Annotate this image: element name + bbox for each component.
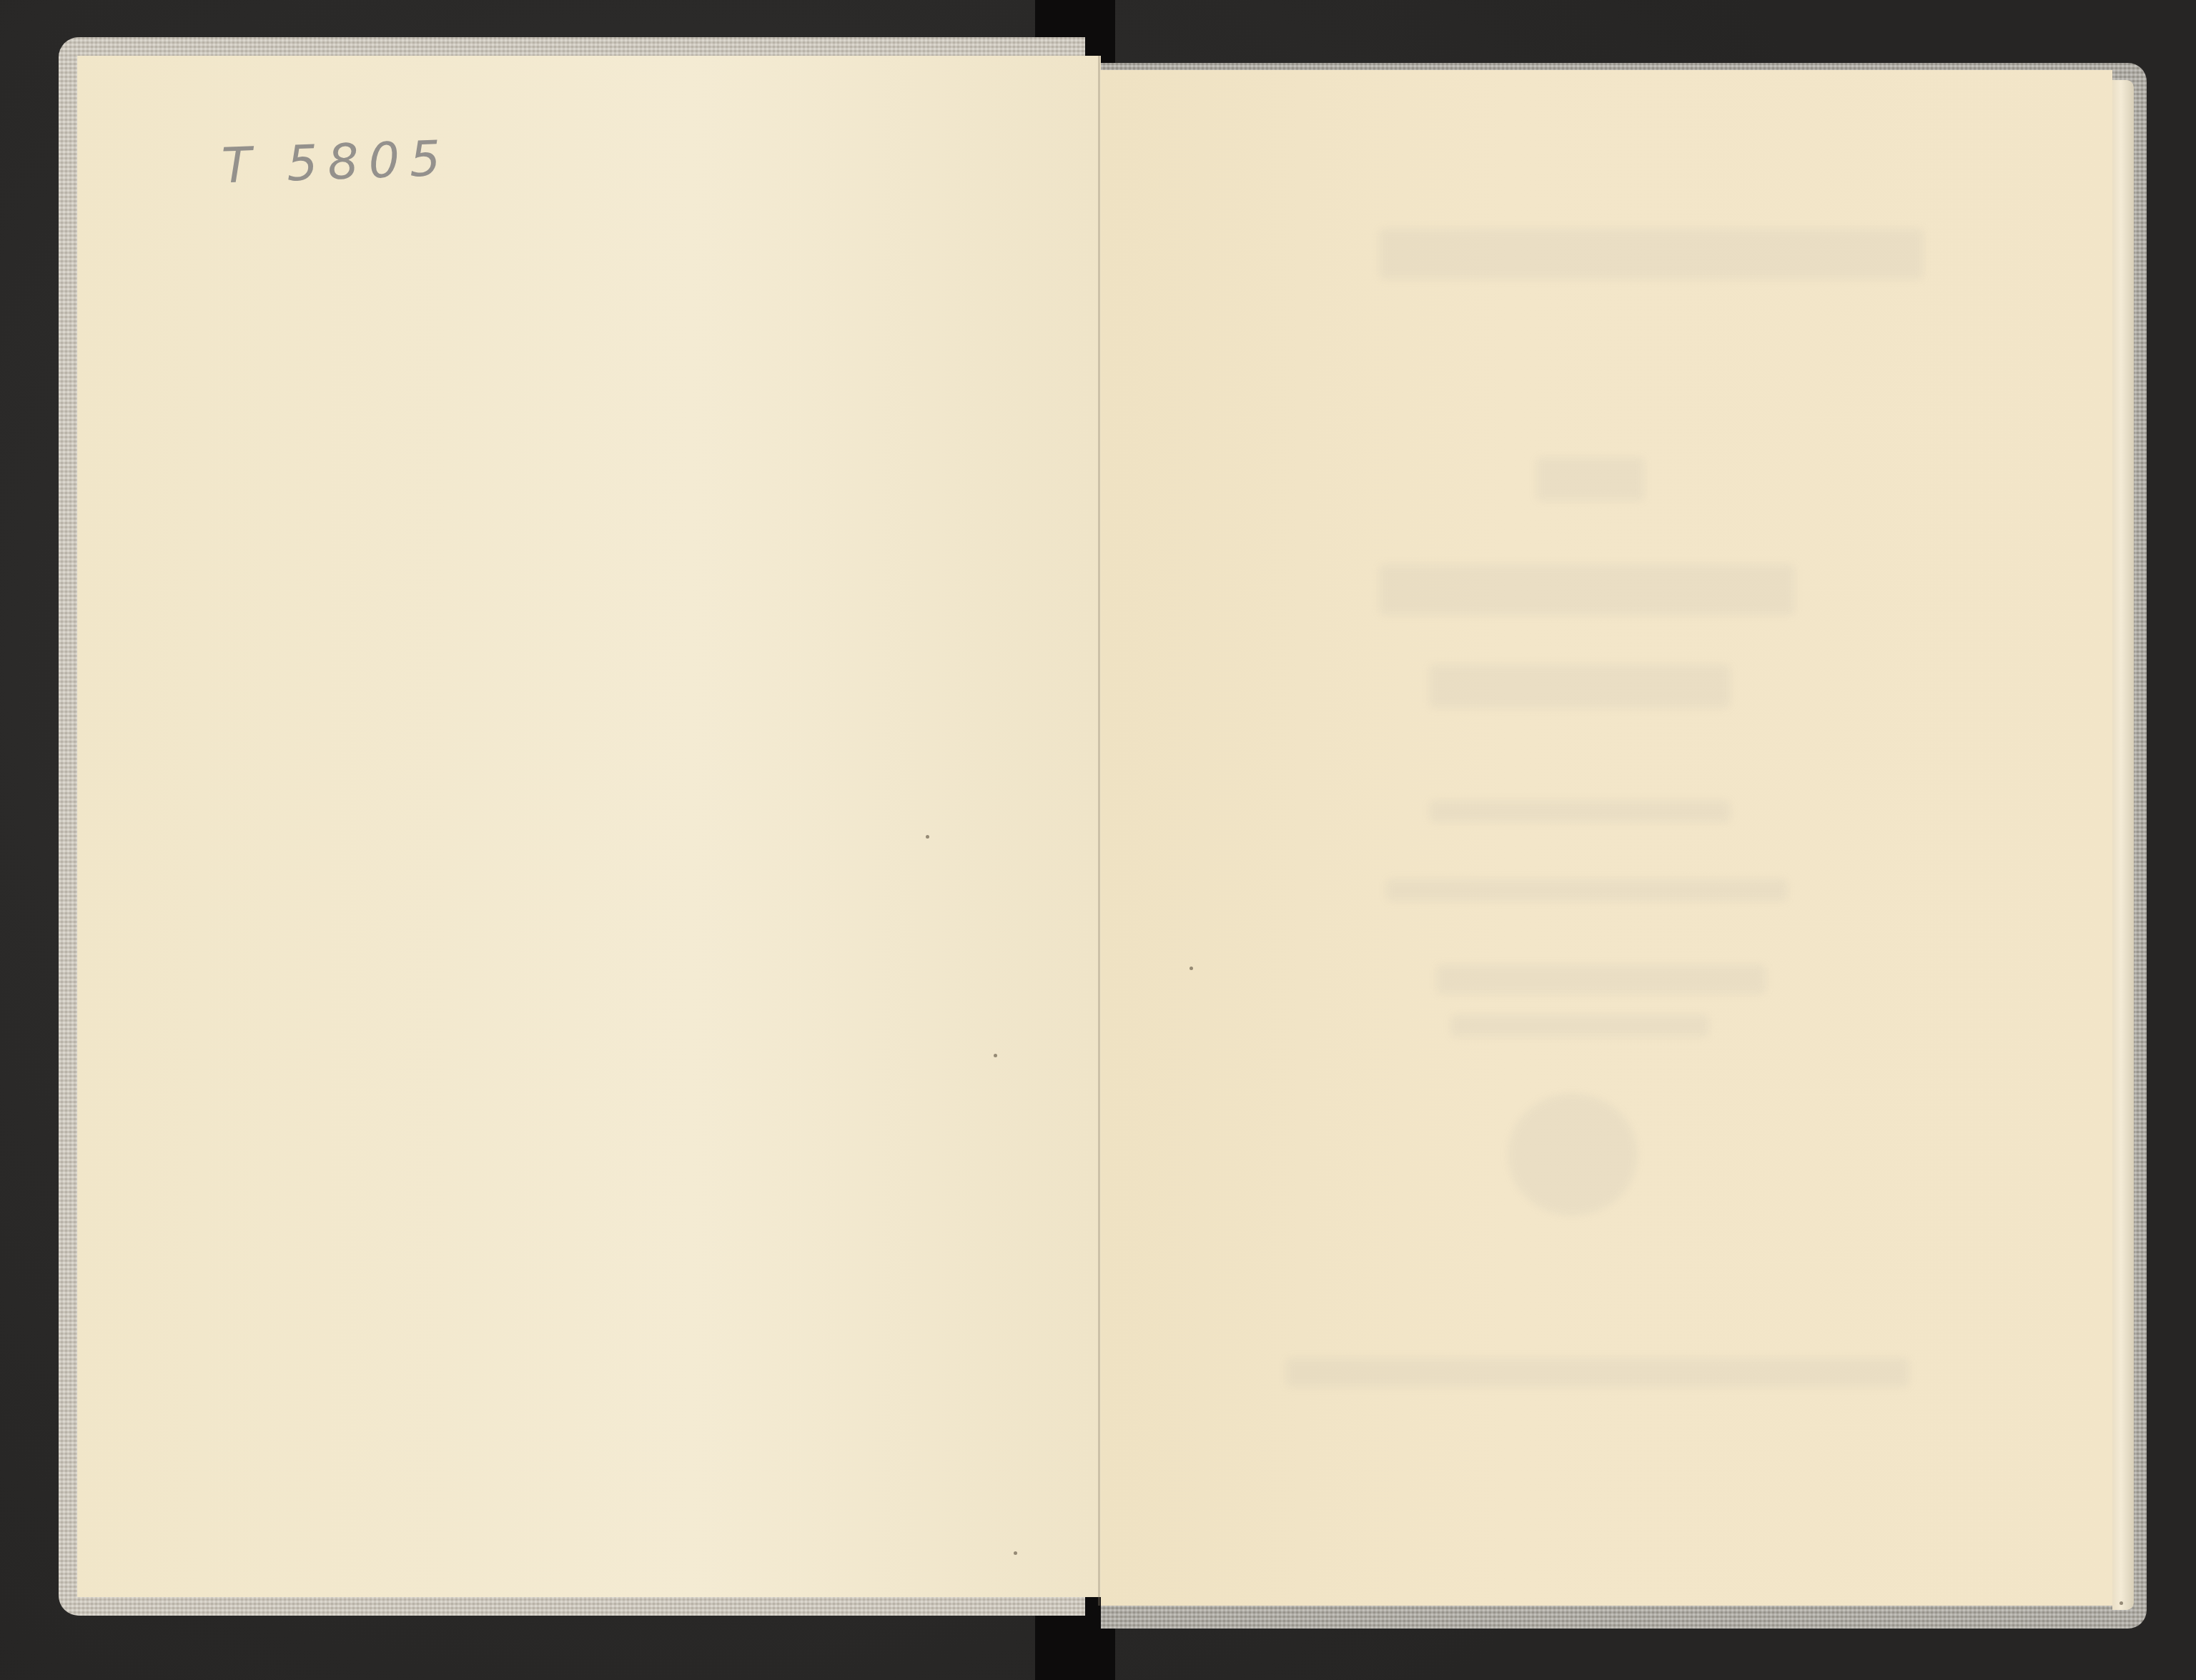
- left-page: [77, 56, 1101, 1597]
- page-edges: [2112, 80, 2134, 1610]
- show-through-line: [1380, 565, 1794, 615]
- paper-speck: [1189, 967, 1193, 970]
- show-through-line: [1451, 1015, 1708, 1037]
- paper-speck: [1014, 1551, 1017, 1555]
- paper-speck: [994, 1054, 997, 1057]
- gutter-fold: [1098, 56, 1100, 1606]
- paper-speck: [926, 835, 929, 839]
- show-through-line: [1430, 801, 1730, 822]
- show-through-line: [1287, 1358, 1909, 1387]
- show-through-line: [1430, 665, 1730, 708]
- pencil-shelfmark: T 5805: [221, 130, 452, 194]
- show-through-ornament: [1508, 1094, 1637, 1215]
- paper-speck: [2120, 1601, 2123, 1605]
- show-through-line: [1537, 458, 1644, 500]
- show-through-line: [1380, 229, 1923, 279]
- show-through-line: [1387, 879, 1787, 901]
- show-through-line: [1437, 965, 1766, 994]
